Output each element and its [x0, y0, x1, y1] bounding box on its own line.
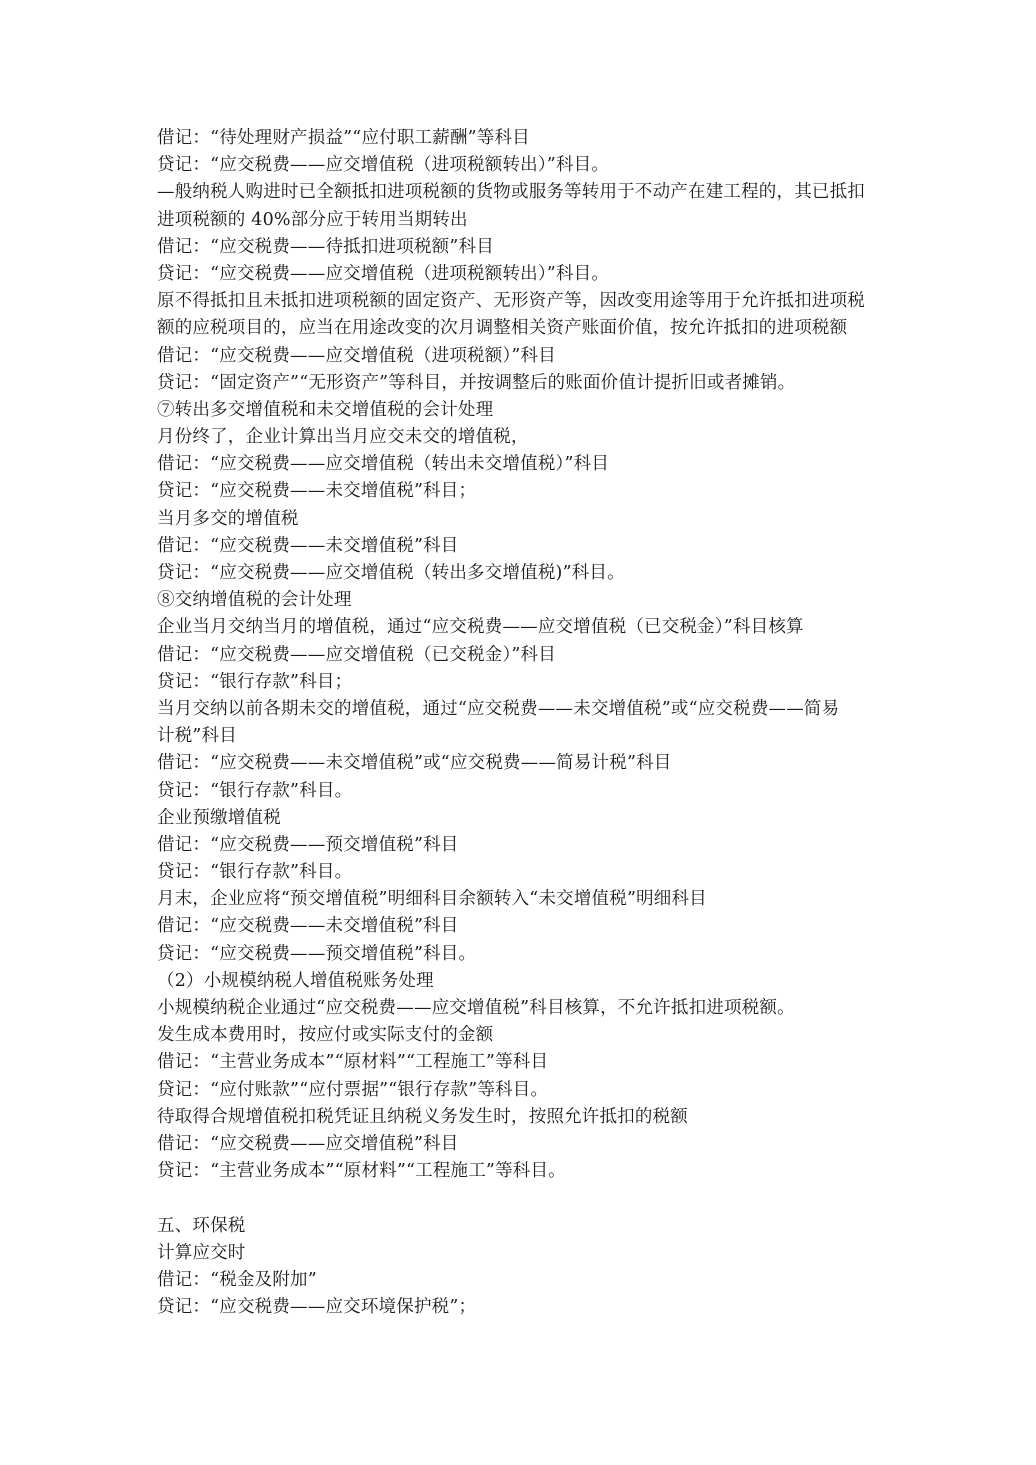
paragraph-text: 月末，企业应将“预交增值税”明细科目余额转入“未交增值税”明细科目	[157, 886, 887, 913]
credit-entry: 贷记：“银行存款”科目。	[157, 859, 887, 886]
credit-entry: 贷记：“应交税费——应交增值税（进项税额转出）”科目。	[157, 261, 887, 288]
credit-entry: 贷记：“应付账款”“应付票据”“银行存款”等科目。	[157, 1077, 887, 1104]
paragraph-text: 企业当月交纳当月的增值税，通过“应交税费——应交增值税（已交税金）”科目核算	[157, 614, 887, 641]
paragraph-text: 当月多交的增值税	[157, 506, 887, 533]
chapter-heading: 五、环保税	[157, 1213, 887, 1240]
debit-entry: 借记：“应交税费——应交增值税（转出未交增值税）”科目	[157, 451, 887, 478]
paragraph-text: 当月交纳以前各期未交的增值税，通过“应交税费——未交增值税”或“应交税费——简易	[157, 696, 887, 723]
credit-entry: 贷记：“应交税费——未交增值税”科目；	[157, 478, 887, 505]
paragraph-text: —般纳税人购进时已全额抵扣进项税额的货物或服务等转用于不动产在建工程的，其已抵扣	[157, 179, 887, 206]
debit-entry: 借记：“应交税费——应交增值税（进项税额）”科目	[157, 343, 887, 370]
credit-entry: 贷记：“银行存款”科目；	[157, 669, 887, 696]
debit-entry: 借记：“应交税费——未交增值税”科目	[157, 913, 887, 940]
credit-entry: 贷记：“固定资产”“无形资产”等科目，并按调整后的账面价值计提折旧或者摊销。	[157, 370, 887, 397]
section-heading: ⑧交纳增值税的会计处理	[157, 587, 887, 614]
debit-entry: 借记：“应交税费——应交增值税（已交税金）”科目	[157, 642, 887, 669]
credit-entry: 贷记：“应交税费——应交环境保护税”；	[157, 1294, 887, 1321]
paragraph-text: 原不得抵扣且未抵扣进项税额的固定资产、无形资产等，因改变用途等用于允许抵扣进项税	[157, 288, 887, 315]
credit-entry: 贷记：“应交税费——应交增值税（转出多交增值税)”科目。	[157, 560, 887, 587]
debit-entry: 借记：“待处理财产损益”“应付职工薪酬”等科目	[157, 125, 887, 152]
section-heading: （2）小规模纳税人增值税账务处理	[157, 968, 887, 995]
debit-entry: 借记：“应交税费——未交增值税”科目	[157, 533, 887, 560]
debit-entry: 借记：“应交税费——应交增值税”科目	[157, 1131, 887, 1158]
credit-entry: 贷记：“银行存款”科目。	[157, 778, 887, 805]
paragraph-text: 计算应交时	[157, 1240, 887, 1267]
credit-entry: 贷记：“应交税费——应交增值税（进项税额转出）”科目。	[157, 152, 887, 179]
debit-entry: 借记：“税金及附加”	[157, 1267, 887, 1294]
section-heading: ⑦转出多交增值税和未交增值税的会计处理	[157, 397, 887, 424]
paragraph-text: 计税”科目	[157, 723, 887, 750]
credit-entry: 贷记：“应交税费——预交增值税”科目。	[157, 941, 887, 968]
document-page: 借记：“待处理财产损益”“应付职工薪酬”等科目 贷记：“应交税费——应交增值税（…	[157, 125, 887, 1321]
credit-entry: 贷记：“主营业务成本”“原材料”“工程施工”等科目。	[157, 1158, 887, 1185]
paragraph-text: 企业预缴增值税	[157, 805, 887, 832]
debit-entry: 借记：“应交税费——待抵扣进项税额”科目	[157, 234, 887, 261]
blank-line	[157, 1185, 887, 1212]
paragraph-text: 进项税额的 40%部分应于转用当期转出	[157, 207, 887, 234]
paragraph-text: 月份终了，企业计算出当月应交未交的增值税，	[157, 424, 887, 451]
paragraph-text: 待取得合规增值税扣税凭证且纳税义务发生时，按照允许抵扣的税额	[157, 1104, 887, 1131]
paragraph-text: 发生成本费用时，按应付或实际支付的金额	[157, 1022, 887, 1049]
debit-entry: 借记：“主营业务成本”“原材料”“工程施工”等科目	[157, 1049, 887, 1076]
paragraph-text: 小规模纳税企业通过“应交税费——应交增值税”科目核算，不允许抵扣进项税额。	[157, 995, 887, 1022]
debit-entry: 借记：“应交税费——预交增值税”科目	[157, 832, 887, 859]
debit-entry: 借记：“应交税费——未交增值税”或“应交税费——简易计税”科目	[157, 750, 887, 777]
paragraph-text: 额的应税项目的，应当在用途改变的次月调整相关资产账面价值，按允许抵扣的进项税额	[157, 315, 887, 342]
